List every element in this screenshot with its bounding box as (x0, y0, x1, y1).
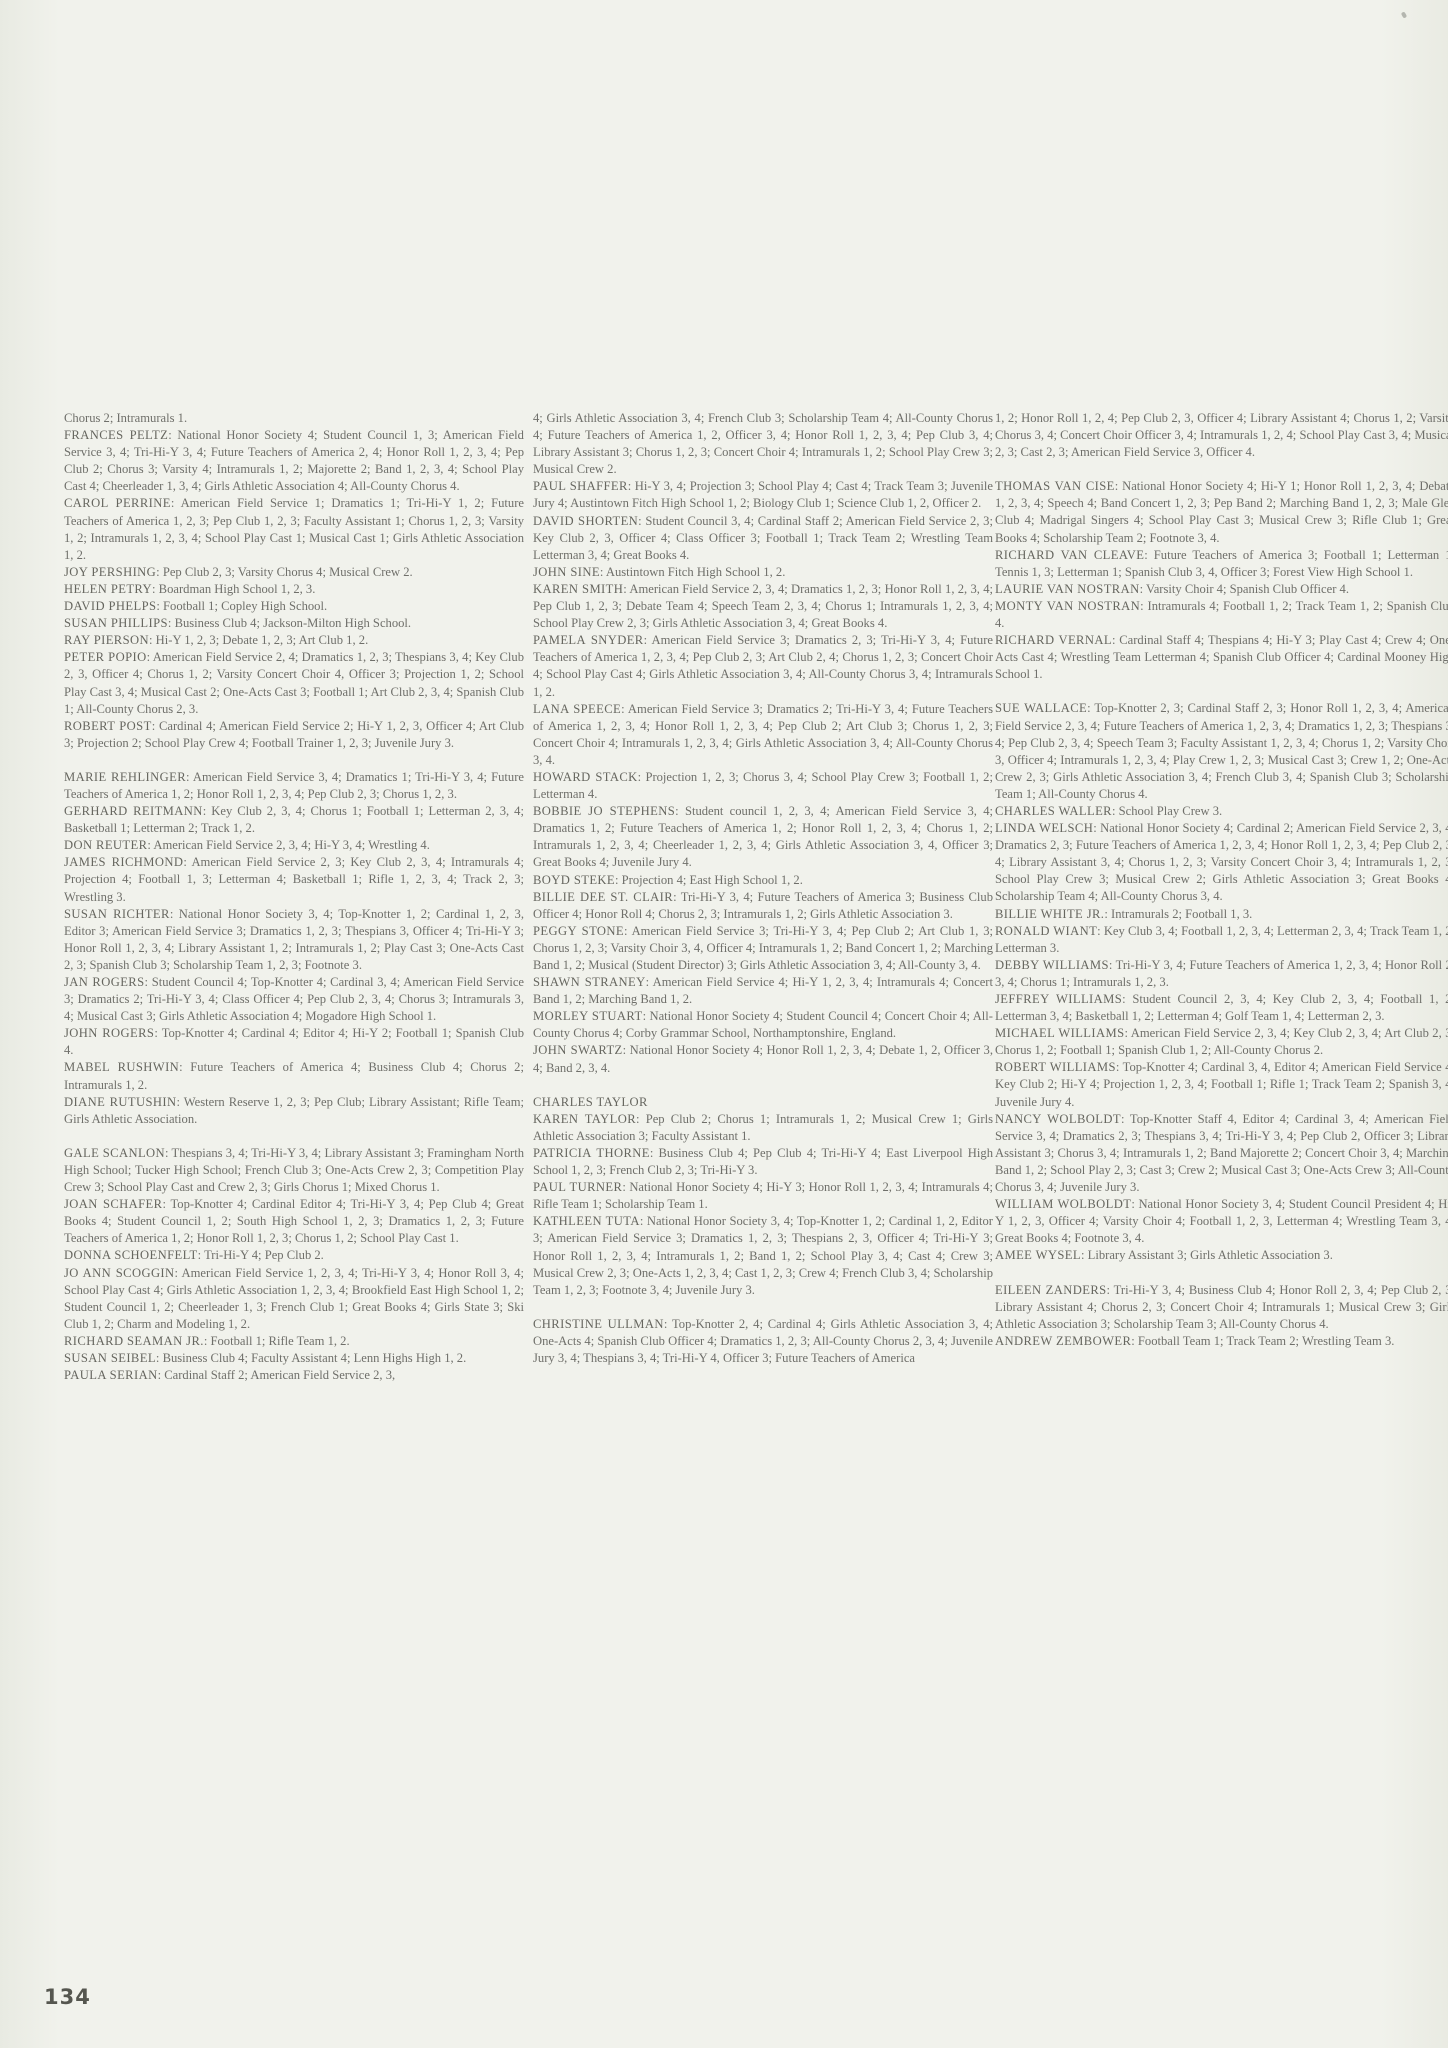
student-name: SUSAN SEIBEL (64, 1351, 156, 1365)
name-separator: : (643, 1009, 650, 1023)
senior-entry: RICHARD VERNAL: Cardinal Staff 4; Thespi… (995, 632, 1448, 683)
senior-entry: BOYD STEKE: Projection 4; East High Scho… (533, 872, 993, 889)
name-separator: : (149, 633, 156, 647)
student-name: BOYD STEKE (533, 873, 615, 887)
student-name: SUE WALLACE (995, 701, 1087, 715)
name-separator: : (168, 428, 177, 442)
activities-text: School Play Crew 3. (1119, 804, 1223, 818)
student-name: JOY PERSHING (64, 565, 156, 579)
senior-entry: MARIE REHLINGER: American Field Service … (64, 769, 524, 803)
student-name: PAULA SERIAN (64, 1368, 158, 1382)
senior-entry: KATHLEEN TUTA: National Honor Society 3,… (533, 1213, 993, 1298)
student-name: KAREN TAYLOR (533, 1112, 636, 1126)
student-name: DEBBY WILLIAMS (995, 958, 1109, 972)
student-name: PAUL TURNER (533, 1180, 622, 1194)
name-separator: : (1116, 1060, 1123, 1074)
senior-entry: JAN ROGERS: Student Council 4; Top-Knott… (64, 974, 524, 1025)
student-name: JOHN SINE (533, 565, 600, 579)
student-name: RICHARD SEAMAN JR. (64, 1334, 204, 1348)
senior-entry: JEFFREY WILLIAMS: Student Council 2, 3, … (995, 991, 1448, 1025)
name-separator: : (615, 873, 622, 887)
student-name: DIANE RUTUSHIN (64, 1095, 176, 1109)
senior-entry: 1, 2; Honor Roll 1, 2, 4; Pep Club 2, 3,… (995, 410, 1448, 461)
activities-text: Boardman High School 1, 2, 3. (159, 582, 316, 596)
senior-entry: JAMES RICHMOND: American Field Service 2… (64, 854, 524, 905)
student-name: LANA SPEECE (533, 702, 621, 716)
senior-entry: WILLIAM WOLBOLDT: National Honor Society… (995, 1196, 1448, 1247)
name-separator: : (175, 1266, 182, 1280)
senior-entry: EILEEN ZANDERS: Tri-Hi-Y 3, 4; Business … (995, 1282, 1448, 1333)
student-name: JO ANN SCOGGIN (64, 1266, 175, 1280)
activities-text: Chorus 2; Intramurals 1. (64, 411, 187, 425)
senior-entry: 4; Girls Athletic Association 3, 4; Fren… (533, 410, 993, 478)
student-name: BOBBIE JO STEPHENS (533, 804, 675, 818)
senior-entry: SUE WALLACE: Top-Knotter 2, 3; Cardinal … (995, 700, 1448, 803)
name-separator: : (168, 616, 175, 630)
senior-entry: CHRISTINE ULLMAN: Top-Knotter 2, 4; Card… (533, 1316, 993, 1367)
senior-entry: THOMAS VAN CISE: National Honor Society … (995, 478, 1448, 546)
activities-text: Pep Club 2, 3; Varsity Chorus 4; Musical… (163, 565, 413, 579)
senior-entry: CAROL PERRINE: American Field Service 1;… (64, 495, 524, 563)
senior-entry: KAREN TAYLOR: Pep Club 2; Chorus 1; Intr… (533, 1111, 993, 1145)
activities-text: Business Club 4; Faculty Assistant 4; Le… (163, 1351, 467, 1365)
senior-entry: RONALD WIANT: Key Club 3, 4; Football 1,… (995, 923, 1448, 957)
senior-entry: RICHARD SEAMAN JR.: Football 1; Rifle Te… (64, 1333, 524, 1350)
senior-entry: JOAN SCHAFER: Top-Knotter 4; Cardinal Ed… (64, 1196, 524, 1247)
text-column-2: 4; Girls Athletic Association 3, 4; Fren… (533, 410, 993, 1367)
student-name: RAY PIERSON (64, 633, 149, 647)
name-separator: : (152, 582, 159, 596)
name-separator: : (170, 907, 179, 921)
activities-text: Library Assistant 3; Girls Athletic Asso… (1088, 1248, 1333, 1262)
student-name: SUSAN PHILLIPS (64, 616, 168, 630)
student-name: MABEL RUSHWIN (64, 1060, 179, 1074)
name-separator: : (636, 1112, 646, 1126)
student-name: SHAWN STRANEY (533, 975, 646, 989)
activities-text: Football 1; Rifle Team 1, 2. (210, 1334, 349, 1348)
senior-entry: DAVID SHORTEN: Student Council 3, 4; Car… (533, 513, 993, 564)
student-name: MORLEY STUART (533, 1009, 643, 1023)
senior-entry: MONTY VAN NOSTRAN: Intramurals 4; Footba… (995, 598, 1448, 632)
name-separator: : (621, 702, 628, 716)
name-separator: : (1140, 599, 1147, 613)
senior-entry: RAY PIERSON: Hi-Y 1, 2, 3; Debate 1, 2, … (64, 632, 524, 649)
student-name: LINDA WELSCH (995, 821, 1093, 835)
student-name: DON REUTER (64, 838, 147, 852)
student-name: RICHARD VERNAL (995, 633, 1112, 647)
senior-entry: JOHN ROGERS: Top-Knotter 4; Cardinal 4; … (64, 1025, 524, 1059)
senior-entry: PAMELA SNYDER: American Field Service 3;… (533, 632, 993, 700)
name-separator: : (1131, 1334, 1138, 1348)
name-separator: : (1081, 1248, 1088, 1262)
senior-entry: SUSAN SEIBEL: Business Club 4; Faculty A… (64, 1350, 524, 1367)
student-name: GERHARD REITMANN (64, 804, 203, 818)
student-name: LAURIE VAN NOSTRAN (995, 582, 1140, 596)
student-name: DAVID PHELPS (64, 599, 156, 613)
student-name: MONTY VAN NOSTRAN (995, 599, 1140, 613)
senior-entry: PAULA SERIAN: Cardinal Staff 2; American… (64, 1367, 524, 1384)
student-name: GALE SCANLON (64, 1146, 165, 1160)
senior-entry: ROBERT POST: Cardinal 4; American Field … (64, 718, 524, 752)
name-separator: : (628, 479, 635, 493)
senior-entry: DON REUTER: American Field Service 2, 3,… (64, 837, 524, 854)
senior-entry: ANDREW ZEMBOWER: Football Team 1; Track … (995, 1333, 1448, 1350)
student-name: AMEE WYSEL (995, 1248, 1081, 1262)
senior-entry: PATRICIA THORNE: Business Club 4; Pep Cl… (533, 1145, 993, 1179)
senior-entry: FRANCES PELTZ: National Honor Society 4;… (64, 427, 524, 495)
student-name: KAREN SMITH (533, 582, 623, 596)
student-name: DAVID SHORTEN (533, 514, 638, 528)
senior-entry: LANA SPEECE: American Field Service 3; D… (533, 701, 993, 769)
activities-text: Cardinal Staff 2; American Field Service… (164, 1368, 395, 1382)
student-name: KATHLEEN TUTA (533, 1214, 640, 1228)
name-separator: : (644, 633, 652, 647)
name-separator: : (1121, 1112, 1130, 1126)
name-separator: : (646, 975, 653, 989)
name-separator: : (675, 804, 685, 818)
senior-entry: CHARLES TAYLOR (533, 1094, 993, 1111)
name-separator: : (154, 1026, 161, 1040)
student-name: DONNA SCHOENFELT (64, 1248, 198, 1262)
student-name: PAUL SHAFFER (533, 479, 628, 493)
student-name: HELEN PETRY (64, 582, 152, 596)
name-separator: : (1115, 479, 1122, 493)
student-name: PEGGY STONE (533, 924, 624, 938)
activities-text: Football 1; Copley High School. (163, 599, 327, 613)
student-name: CAROL PERRINE (64, 496, 171, 510)
student-name: ROBERT WILLIAMS (995, 1060, 1116, 1074)
senior-entry: JOY PERSHING: Pep Club 2, 3; Varsity Cho… (64, 564, 524, 581)
senior-entry: PAUL TURNER: National Honor Society 4; H… (533, 1179, 993, 1213)
student-name: MICHAEL WILLIAMS (995, 1026, 1124, 1040)
name-separator: : (186, 770, 193, 784)
senior-entry: JO ANN SCOGGIN: American Field Service 1… (64, 1265, 524, 1333)
name-separator: : (623, 1043, 630, 1057)
student-name: CHARLES TAYLOR (533, 1095, 648, 1109)
name-separator: : (673, 890, 681, 904)
activities-text: Top-Knotter 2, 3; Cardinal Staff 2, 3; H… (995, 701, 1448, 800)
senior-entry: LAURIE VAN NOSTRAN: Varsity Choir 4; Spa… (995, 581, 1448, 598)
student-name: NANCY WOLBOLDT (995, 1112, 1121, 1126)
senior-entry: MICHAEL WILLIAMS: American Field Service… (995, 1025, 1448, 1059)
student-name: JOHN SWARTZ (533, 1043, 623, 1057)
page-number: 134 (44, 1985, 91, 2009)
student-name: CHARLES WALLER (995, 804, 1112, 818)
name-separator: : (176, 1095, 183, 1109)
student-name: SUSAN RICHTER (64, 907, 170, 921)
student-name: PETER POPIO (64, 650, 147, 664)
senior-entry: SUSAN RICHTER: National Honor Society 3,… (64, 906, 524, 974)
name-separator: : (1122, 992, 1132, 1006)
senior-entry: DIANE RUTUSHIN: Western Reserve 1, 2, 3;… (64, 1094, 524, 1128)
activities-text: Tri-Hi-Y 4; Pep Club 2. (204, 1248, 324, 1262)
senior-entry: SHAWN STRANEY: American Field Service 4;… (533, 974, 993, 1008)
text-column-1: Chorus 2; Intramurals 1.FRANCES PELTZ: N… (64, 410, 524, 1384)
student-name: JEFFREY WILLIAMS (995, 992, 1122, 1006)
activities-text: Varsity Choir 4; Spanish Club Officer 4. (1146, 582, 1349, 596)
activities-text: Austintown Fitch High School 1, 2. (606, 565, 785, 579)
student-name: RICHARD VAN CLEAVE (995, 548, 1144, 562)
senior-entry: HELEN PETRY: Boardman High School 1, 2, … (64, 581, 524, 598)
senior-entry: JOHN SINE: Austintown Fitch High School … (533, 564, 993, 581)
senior-entry: RICHARD VAN CLEAVE: Future Teachers of A… (995, 547, 1448, 581)
senior-entry: DAVID PHELPS: Football 1; Copley High Sc… (64, 598, 524, 615)
text-column-3: 1, 2; Honor Roll 1, 2, 4; Pep Club 2, 3,… (995, 410, 1448, 1350)
student-name: BILLIE DEE ST. CLAIR (533, 890, 673, 904)
student-name: FRANCES PELTZ (64, 428, 168, 442)
senior-entry: MABEL RUSHWIN: Future Teachers of Americ… (64, 1059, 524, 1093)
senior-entry: PAUL SHAFFER: Hi-Y 3, 4; Projection 3; S… (533, 478, 993, 512)
student-name: PAMELA SNYDER (533, 633, 644, 647)
activities-text: Football Team 1; Track Team 2; Wrestling… (1138, 1334, 1395, 1348)
student-name: JOAN SCHAFER (64, 1197, 162, 1211)
senior-entry: DEBBY WILLIAMS: Tri-Hi-Y 3, 4; Future Te… (995, 957, 1448, 991)
senior-entry: JOHN SWARTZ: National Honor Society 4; H… (533, 1042, 993, 1076)
name-separator: : (156, 565, 163, 579)
senior-entry: KAREN SMITH: American Field Service 2, 3… (533, 581, 993, 632)
student-name: JAMES RICHMOND (64, 855, 183, 869)
name-separator: : (1107, 1283, 1114, 1297)
student-name: ANDREW ZEMBOWER (995, 1334, 1131, 1348)
activities-text: 4; Girls Athletic Association 3, 4; Fren… (533, 411, 993, 476)
scan-mark (1401, 11, 1407, 18)
name-separator: : (1144, 548, 1153, 562)
student-name: BILLIE WHITE JR. (995, 907, 1104, 921)
senior-entry: GERHARD REITMANN: Key Club 2, 3, 4; Chor… (64, 803, 524, 837)
student-name: WILLIAM WOLBOLDT (995, 1197, 1131, 1211)
name-separator: : (624, 924, 632, 938)
name-separator: : (179, 1060, 190, 1074)
student-name: JOHN ROGERS (64, 1026, 154, 1040)
senior-entry: PEGGY STONE: American Field Service 3; T… (533, 923, 993, 974)
senior-entry: NANCY WOLBOLDT: Top-Knotter Staff 4, Edi… (995, 1111, 1448, 1196)
student-name: HOWARD STACK (533, 770, 638, 784)
student-name: THOMAS VAN CISE (995, 479, 1115, 493)
activities-text: Intramurals 2; Football 1, 3. (1111, 907, 1252, 921)
name-separator: : (171, 496, 181, 510)
senior-entry: MORLEY STUART: National Honor Society 4;… (533, 1008, 993, 1042)
student-name: ROBERT POST (64, 719, 152, 733)
name-separator: : (145, 975, 152, 989)
student-name: CHRISTINE ULLMAN (533, 1317, 664, 1331)
name-separator: : (1112, 804, 1119, 818)
senior-entry: LINDA WELSCH: National Honor Society 4; … (995, 820, 1448, 905)
senior-entry: Chorus 2; Intramurals 1. (64, 410, 524, 427)
name-separator: : (156, 1351, 163, 1365)
senior-entry: BILLIE DEE ST. CLAIR: Tri-Hi-Y 3, 4; Fut… (533, 889, 993, 923)
name-separator: : (1109, 958, 1116, 972)
student-name: PATRICIA THORNE (533, 1146, 650, 1160)
student-name: RONALD WIANT (995, 924, 1097, 938)
name-separator: : (664, 1317, 672, 1331)
senior-entry: DONNA SCHOENFELT: Tri-Hi-Y 4; Pep Club 2… (64, 1247, 524, 1264)
senior-entry: HOWARD STACK: Projection 1, 2, 3; Chorus… (533, 769, 993, 803)
senior-entry: BOBBIE JO STEPHENS: Student council 1, 2… (533, 803, 993, 871)
activities-text: 1, 2; Honor Roll 1, 2, 4; Pep Club 2, 3,… (995, 411, 1448, 459)
student-name: JAN ROGERS (64, 975, 145, 989)
activities-text: Business Club 4; Jackson-Milton High Sch… (175, 616, 412, 630)
senior-entry: ROBERT WILLIAMS: Top-Knotter 4; Cardinal… (995, 1059, 1448, 1110)
student-name: MARIE REHLINGER (64, 770, 186, 784)
student-name: EILEEN ZANDERS (995, 1283, 1107, 1297)
activities-text: American Field Service 2, 3, 4; Hi-Y 3, … (153, 838, 430, 852)
activities-text: Projection 4; East High School 1, 2. (622, 873, 803, 887)
senior-entry: SUSAN PHILLIPS: Business Club 4; Jackson… (64, 615, 524, 632)
name-separator: : (650, 1146, 659, 1160)
senior-entry: PETER POPIO: American Field Service 2, 4… (64, 649, 524, 717)
name-separator: : (203, 804, 212, 818)
senior-entry: GALE SCANLON: Thespians 3, 4; Tri-Hi-Y 3… (64, 1145, 524, 1196)
name-separator: : (152, 719, 159, 733)
senior-entry: BILLIE WHITE JR.: Intramurals 2; Footbal… (995, 906, 1448, 923)
activities-text: Hi-Y 1, 2, 3; Debate 1, 2, 3; Art Club 1… (156, 633, 369, 647)
name-separator: : (1097, 924, 1104, 938)
name-separator: : (640, 1214, 647, 1228)
senior-entry: CHARLES WALLER: School Play Crew 3. (995, 803, 1448, 820)
senior-entry: AMEE WYSEL: Library Assistant 3; Girls A… (995, 1247, 1448, 1264)
